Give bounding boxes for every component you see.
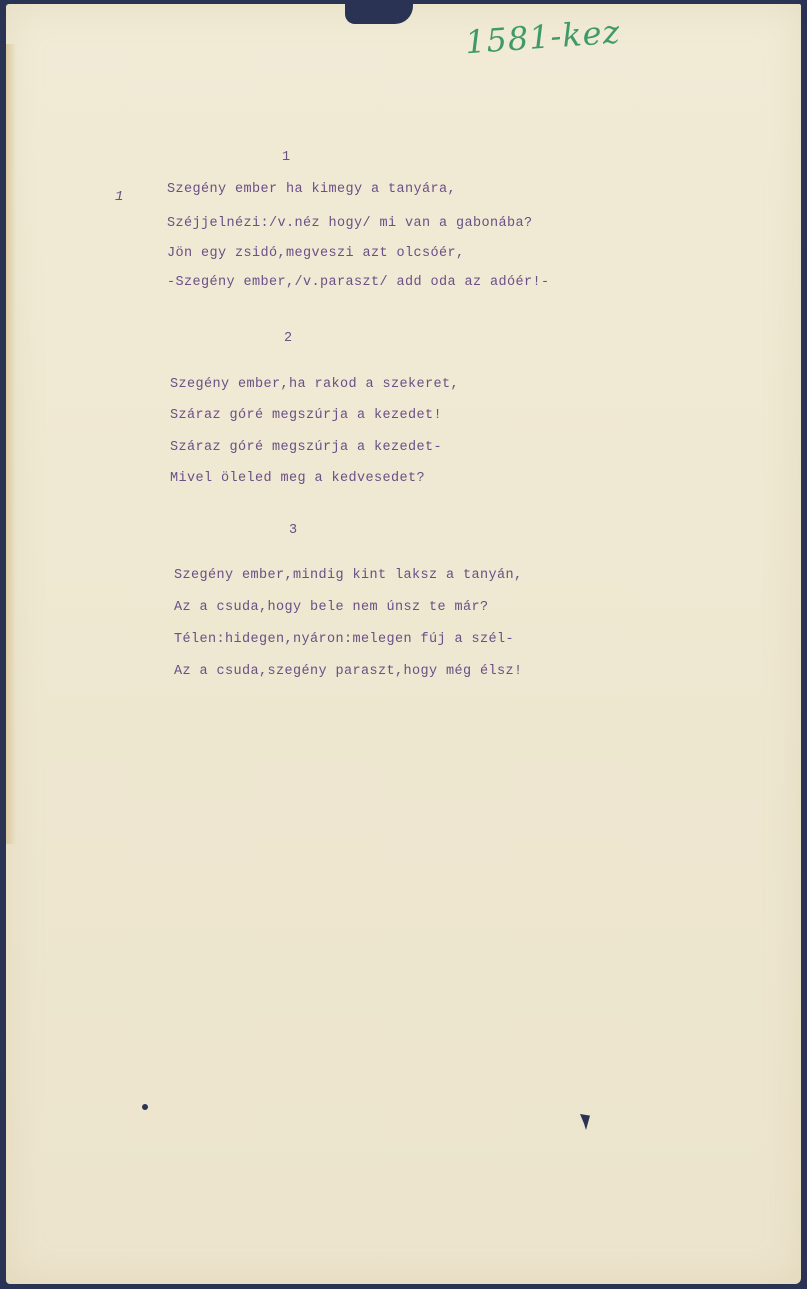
verse-line: Szegény ember,ha rakod a szekeret, bbox=[170, 377, 459, 392]
margin-mark: 1 bbox=[115, 189, 123, 205]
verse-line: Szegény ember ha kimegy a tanyára, bbox=[167, 182, 456, 197]
verse-line: Száraz góré megszúrja a kezedet- bbox=[170, 440, 442, 455]
verse-line: Az a csuda,szegény paraszt,hogy még élsz… bbox=[174, 664, 523, 679]
verse-line: Az a csuda,hogy bele nem únsz te már? bbox=[174, 600, 489, 615]
verse-line: Mivel öleled meg a kedvesedet? bbox=[170, 471, 425, 486]
stanza-number: 1 bbox=[282, 150, 290, 165]
verse-line: Széjjelnézi:/v.néz hogy/ mi van a gaboná… bbox=[167, 216, 533, 231]
paper-edge-stain bbox=[6, 44, 16, 844]
stanza-number: 3 bbox=[289, 523, 297, 538]
verse-line: Jön egy zsidó,megveszi azt olcsóér, bbox=[167, 246, 465, 261]
verse-line: Télen:hidegen,nyáron:melegen fúj a szél- bbox=[174, 632, 514, 647]
stanza-number: 2 bbox=[284, 331, 292, 346]
verse-line: Szegény ember,mindig kint laksz a tanyán… bbox=[174, 568, 523, 583]
torn-edge bbox=[345, 0, 413, 24]
paper-hole-small bbox=[142, 1104, 148, 1110]
verse-line: -Szegény ember,/v.paraszt/ add oda az ad… bbox=[167, 275, 550, 290]
verse-line: Száraz góré megszúrja a kezedet! bbox=[170, 408, 442, 423]
